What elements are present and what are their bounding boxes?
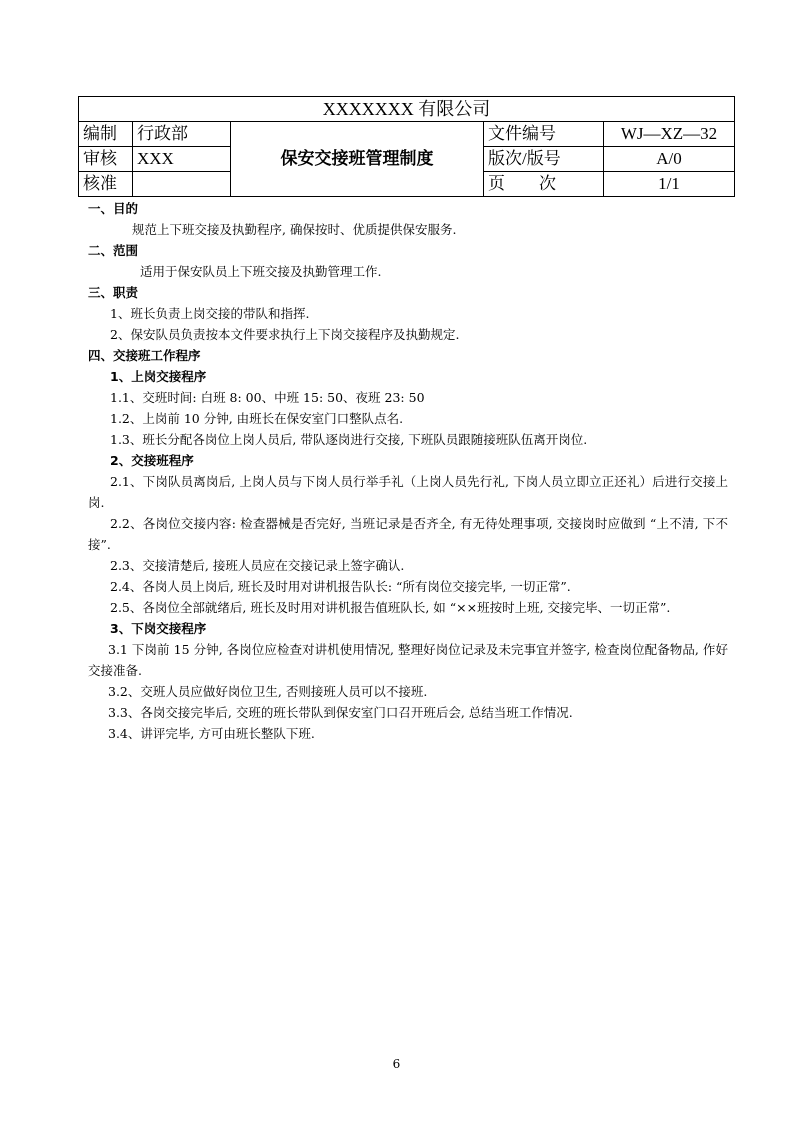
procedure-item: 2.4、各岗人员上岗后, 班长及时用对讲机报告队长: “所有岗位交接完毕, 一切… (88, 576, 728, 597)
document-header-table: XXXXXXX 有限公司 编制 行政部 保安交接班管理制度 文件编号 WJ—XZ… (78, 96, 735, 197)
page-value: 1/1 (604, 172, 735, 197)
section-heading-duties: 三、职责 (88, 282, 728, 303)
version-value: A/0 (604, 147, 735, 172)
procedure-item: 2.1、下岗队员离岗后, 上岗人员与下岗人员行举手礼（上岗人员先行礼, 下岗人员… (88, 471, 728, 513)
procedure-item: 1.2、上岗前 10 分钟, 由班长在保安室门口整队点名. (88, 408, 728, 429)
section-heading-procedure: 四、交接班工作程序 (88, 345, 728, 366)
subsection-heading-offduty: 3、下岗交接程序 (88, 618, 728, 639)
section-text-scope: 适用于保安队员上下班交接及执勤管理工作. (88, 261, 728, 282)
reviewed-by-label: 审核 (79, 147, 133, 172)
procedure-item: 2.5、各岗位全部就绪后, 班长及时用对讲机报告值班队长, 如 “××班按时上班… (88, 597, 728, 618)
document-body: 一、目的 规范上下班交接及执勤程序, 确保按时、优质提供保安服务. 二、范围 适… (88, 198, 728, 744)
duty-item: 2、保安队员负责按本文件要求执行上下岗交接程序及执勤规定. (88, 324, 728, 345)
subsection-heading-onduty: 1、上岗交接程序 (88, 366, 728, 387)
procedure-item: 3.1 下岗前 15 分钟, 各岗位应检查对讲机使用情况, 整理好岗位记录及未完… (88, 639, 728, 681)
section-heading-scope: 二、范围 (88, 240, 728, 261)
section-text-purpose: 规范上下班交接及执勤程序, 确保按时、优质提供保安服务. (88, 219, 728, 240)
page-label: 页 次 (484, 172, 604, 197)
doc-number-value: WJ—XZ—32 (604, 122, 735, 147)
procedure-item: 2.3、交接清楚后, 接班人员应在交接记录上签字确认. (88, 555, 728, 576)
procedure-item: 3.2、交班人员应做好岗位卫生, 否则接班人员可以不接班. (88, 681, 728, 702)
prepared-by-value: 行政部 (133, 122, 231, 147)
approved-by-label: 核准 (79, 172, 133, 197)
company-name: XXXXXXX 有限公司 (79, 97, 735, 122)
duty-item: 1、班长负责上岗交接的带队和指挥. (88, 303, 728, 324)
procedure-item: 3.4、讲评完毕, 方可由班长整队下班. (88, 723, 728, 744)
version-label: 版次/版号 (484, 147, 604, 172)
procedure-item: 1.3、班长分配各岗位上岗人员后, 带队逐岗进行交接, 下班队员跟随接班队伍离开… (88, 429, 728, 450)
page-number: 6 (0, 1057, 793, 1071)
procedure-item: 3.3、各岗交接完毕后, 交班的班长带队到保安室门口召开班后会, 总结当班工作情… (88, 702, 728, 723)
approved-by-value (133, 172, 231, 197)
section-heading-purpose: 一、目的 (88, 198, 728, 219)
document-title: 保安交接班管理制度 (231, 122, 484, 197)
doc-number-label: 文件编号 (484, 122, 604, 147)
prepared-by-label: 编制 (79, 122, 133, 147)
subsection-heading-handover: 2、交接班程序 (88, 450, 728, 471)
procedure-item: 1.1、交班时间: 白班 8: 00、中班 15: 50、夜班 23: 50 (88, 387, 728, 408)
reviewed-by-value: XXX (133, 147, 231, 172)
procedure-item: 2.2、各岗位交接内容: 检查器械是否完好, 当班记录是否齐全, 有无待处理事项… (88, 513, 728, 555)
